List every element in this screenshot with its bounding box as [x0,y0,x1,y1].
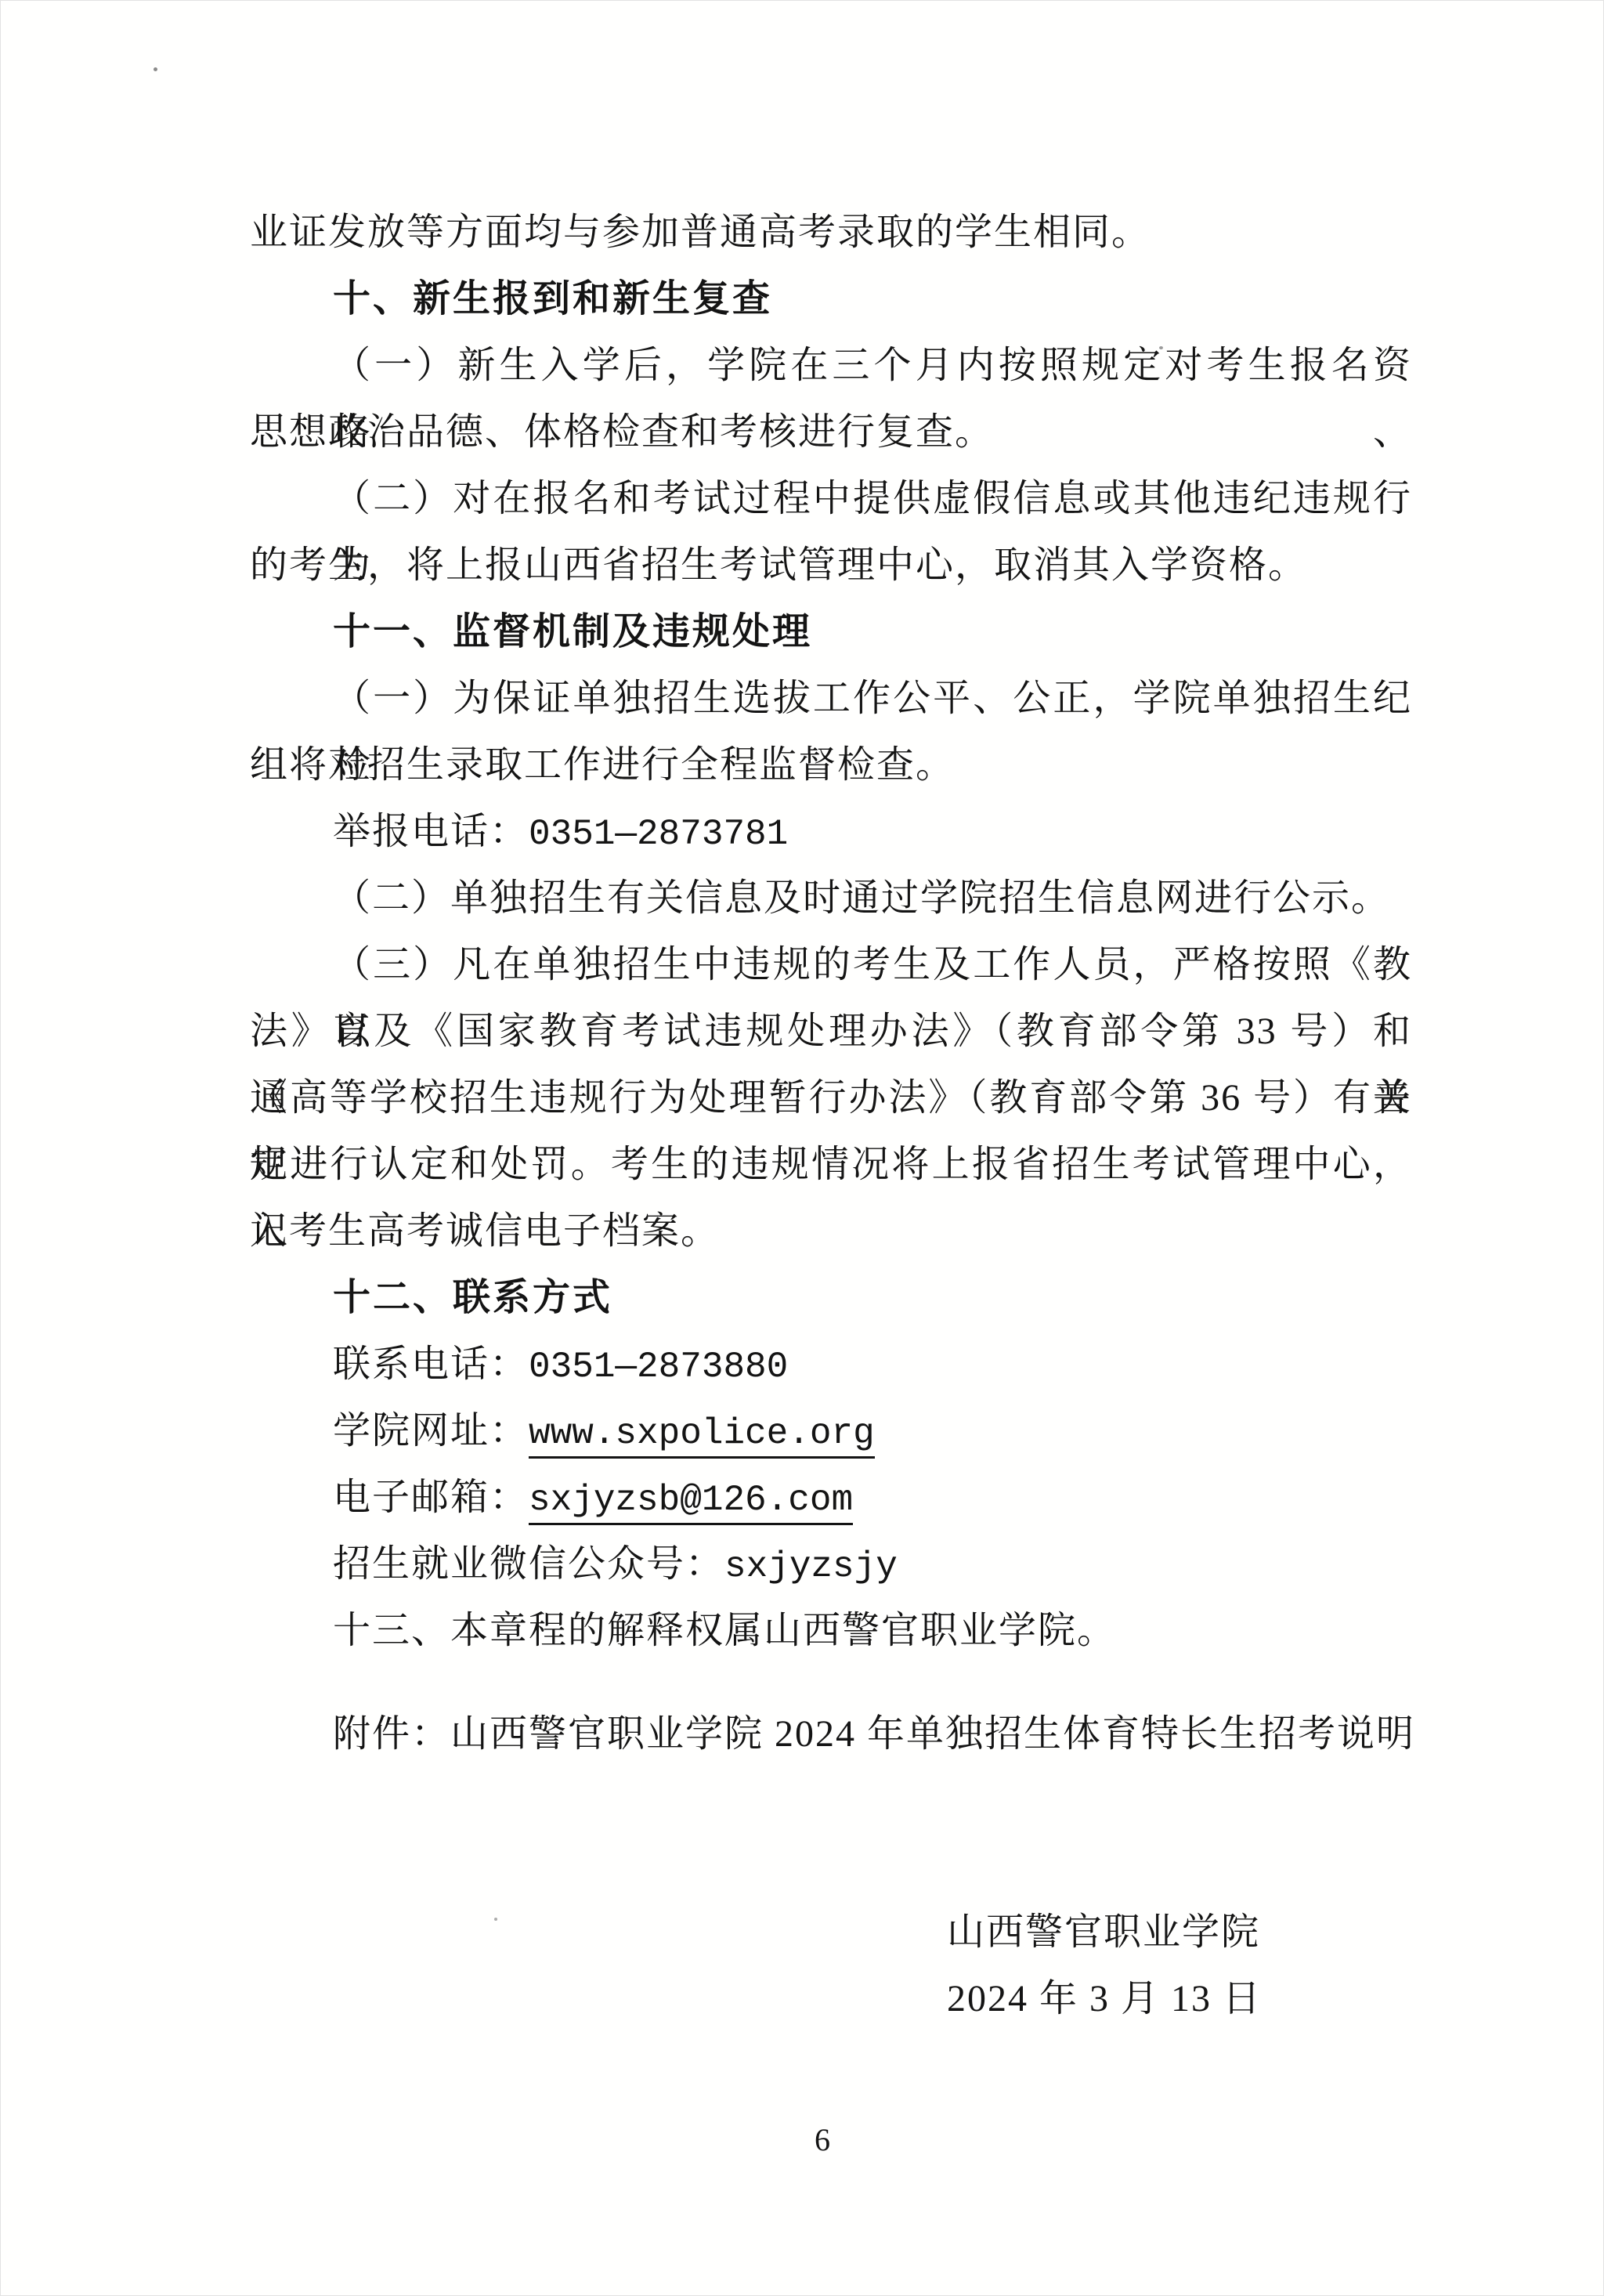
scan-speck [154,67,157,71]
website-label: 学院网址： [333,1410,529,1452]
body-line: （二）单独招生有关信息及时通过学院招生信息网进行公示。 [250,865,1412,931]
document-page: 业证发放等方面均与参加普通高考录取的学生相同。十、新生报到和新生复查（一）新生入… [0,0,1604,2296]
text-run: 业证发放等方面均与参加普通高考录取的学生相同。 [250,212,1151,253]
contact-phone-number: 0351—2873880 [529,1347,788,1387]
wechat-account: sxjyzsjy [724,1546,898,1587]
text-run: 组将对招生录取工作进行全程监督检查。 [250,744,955,786]
wechat-label: 招生就业微信公众号： [333,1543,724,1585]
email-line: 电子邮箱：sxjyzsb@126.com [250,1464,1412,1531]
body-line: 定进行认定和处罚。考生的违规情况将上报省招生考试管理中心，记 [250,1131,1412,1198]
email-link[interactable]: sxjyzsb@126.com [529,1480,853,1525]
spacer [250,1767,1412,1899]
text-run: 入考生高考诚信电子档案。 [250,1210,720,1252]
signature-date: 2024 年 3 月 13 日 [250,1965,1412,2032]
body-line: 通高等学校招生违规行为处理暂行办法》（教育部令第 36 号）有关规 [250,1065,1412,1131]
contact-phone-label: 联系电话： [333,1343,529,1385]
text-run: 十三、本章程的解释权属山西警官职业学院。 [333,1610,1116,1651]
section-heading-11: 十一、监督机制及违规处理 [250,598,1412,665]
report-phone-line: 举报电话：0351—2873781 [250,798,1412,865]
text-run: （二）单独招生有关信息及时通过学院招生信息网进行公示。 [333,877,1390,919]
signature-college: 山西警官职业学院 [250,1899,1412,1965]
attachment-line: 附件：山西警官职业学院 2024 年单独招生体育特长生招考说明 [250,1701,1412,1767]
section-heading-12: 十二、联系方式 [250,1264,1412,1331]
text-run: 山西警官职业学院 [947,1911,1260,1953]
email-label: 电子邮箱： [333,1477,529,1518]
section-line-13: 十三、本章程的解释权属山西警官职业学院。 [250,1597,1412,1664]
report-phone-label: 举报电话： [333,811,529,852]
website-line: 学院网址：www.sxpolice.org [250,1397,1412,1464]
text-run: 十二、联系方式 [333,1277,612,1318]
body-line: 组将对招生录取工作进行全程监督检查。 [250,732,1412,798]
text-run: 附件：山西警官职业学院 2024 年单独招生体育特长生招考说明 [333,1713,1415,1755]
text-run: 十一、监督机制及违规处理 [333,611,812,653]
text-run: 的考生，将上报山西省招生考试管理中心，取消其入学资格。 [250,544,1307,586]
body-line: （三）凡在单独招生中违规的考生及工作人员，严格按照《教育 [250,931,1412,998]
text-run: 2024 年 3 月 13 日 [947,1978,1262,2019]
section-heading-10: 十、新生报到和新生复查 [250,266,1412,332]
contact-phone-line: 联系电话：0351—2873880 [250,1331,1412,1397]
body-line: （一）新生入学后，学院在三个月内按照规定对考生报名资格、 [250,332,1412,399]
body-line: 法》以及《国家教育考试违规处理办法》（教育部令第 33 号）和《普 [250,998,1412,1065]
wechat-line: 招生就业微信公众号：sxjyzsjy [250,1531,1412,1597]
page-content: 业证发放等方面均与参加普通高考录取的学生相同。十、新生报到和新生复查（一）新生入… [250,199,1412,2032]
text-run: 十、新生报到和新生复查 [333,278,772,320]
body-line: （一）为保证单独招生选拔工作公平、公正，学院单独招生纪检 [250,665,1412,732]
body-line: 业证发放等方面均与参加普通高考录取的学生相同。 [250,199,1412,266]
college-website-link[interactable]: www.sxpolice.org [529,1413,875,1459]
page-number: 6 [1,2121,1603,2160]
body-line: （二）对在报名和考试过程中提供虚假信息或其他违纪违规行为 [250,465,1412,532]
text-run: 思想政治品德、体格检查和考核进行复查。 [250,411,994,453]
spacer [250,1664,1412,1701]
body-line: 入考生高考诚信电子档案。 [250,1198,1412,1264]
report-phone-number: 0351—2873781 [529,814,788,855]
body-line: 的考生，将上报山西省招生考试管理中心，取消其入学资格。 [250,532,1412,598]
